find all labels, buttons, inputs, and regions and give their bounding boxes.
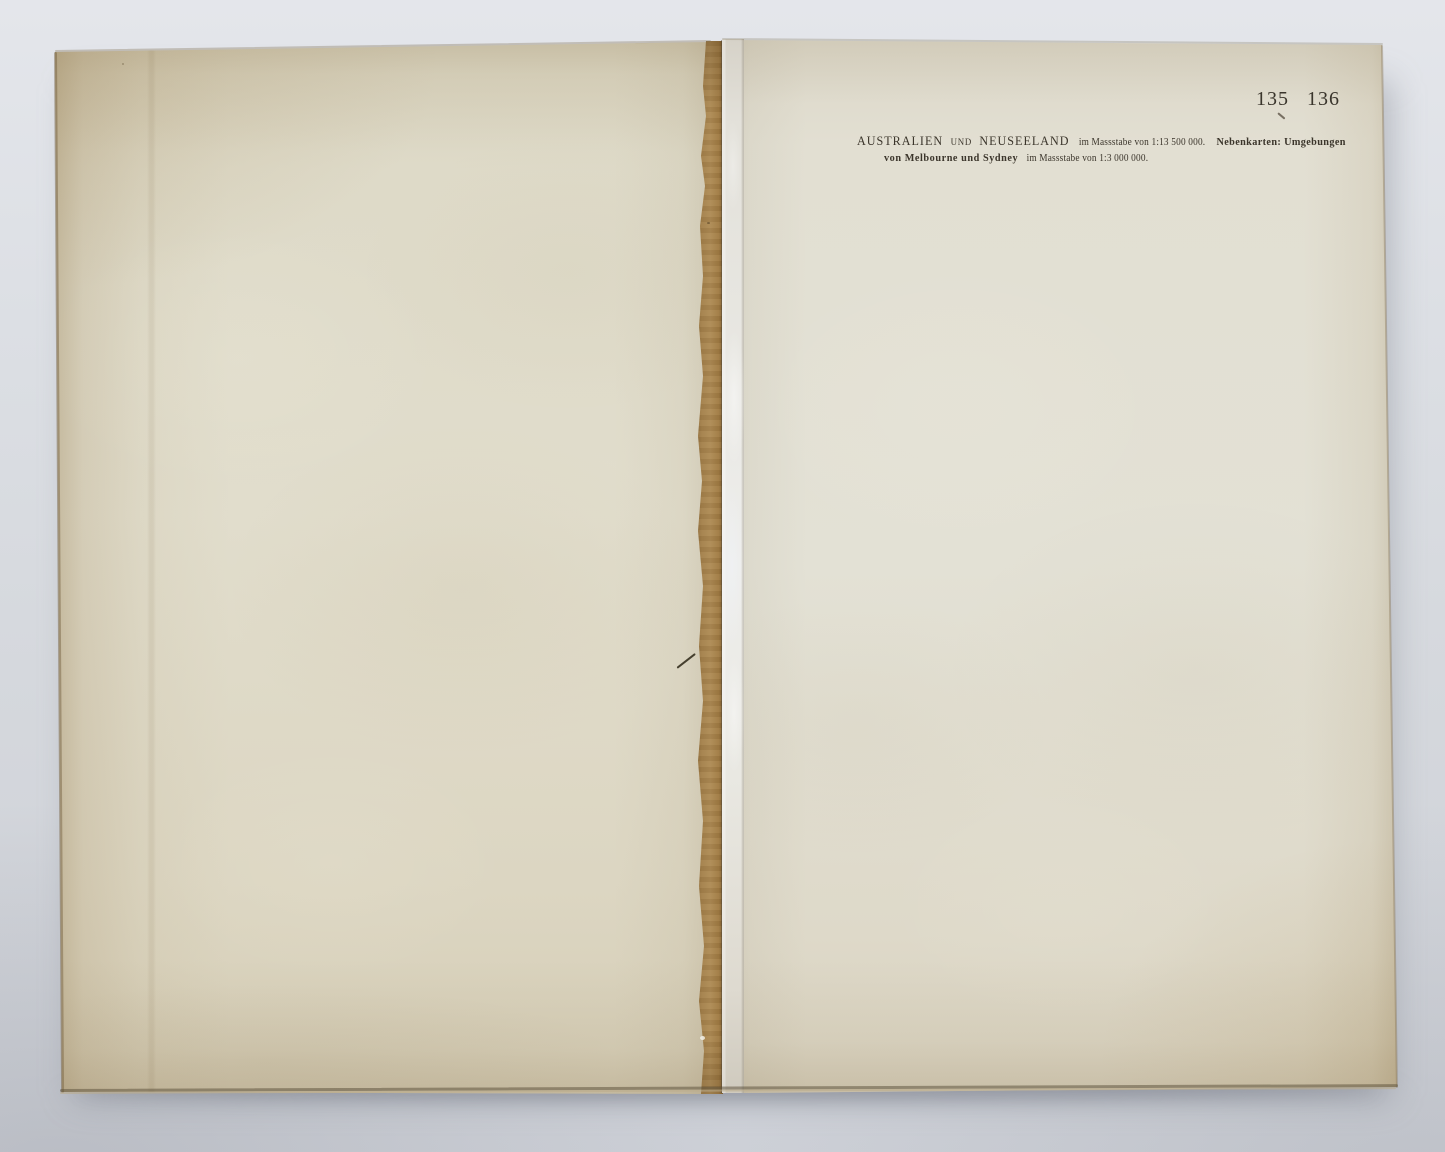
photo: 135 136 AUSTRALIEN UND NEUSEELAND im Mas… bbox=[0, 0, 1445, 1152]
page-number-left: 135 bbox=[1256, 88, 1289, 111]
paper-speck bbox=[707, 222, 710, 224]
page-number-right: 136 bbox=[1307, 88, 1340, 111]
paper-chip bbox=[700, 1036, 705, 1040]
caption-inset-note: Nebenkarten: Umgebungen bbox=[1216, 136, 1345, 148]
caption-inset-cities: von Melbourne und Sydney bbox=[884, 152, 1018, 164]
caption-line-2: von Melbourne und Sydney im Massstabe vo… bbox=[884, 149, 1148, 166]
left-page bbox=[55, 42, 713, 1094]
binding-tape bbox=[722, 39, 744, 1093]
caption-title-neuseeland: NEUSEELAND bbox=[979, 133, 1069, 148]
caption-title-australien: AUSTRALIEN bbox=[857, 133, 943, 148]
paper-speck bbox=[122, 63, 124, 65]
caption-inset-scale: im Massstabe von 1:3 000 000. bbox=[1027, 153, 1149, 164]
caption-conjunction: UND bbox=[951, 138, 972, 148]
caption-scale-note: im Massstabe von 1:13 500 000. bbox=[1079, 137, 1205, 148]
right-page bbox=[722, 39, 1398, 1094]
page-numbers: 135 136 bbox=[1256, 88, 1340, 111]
